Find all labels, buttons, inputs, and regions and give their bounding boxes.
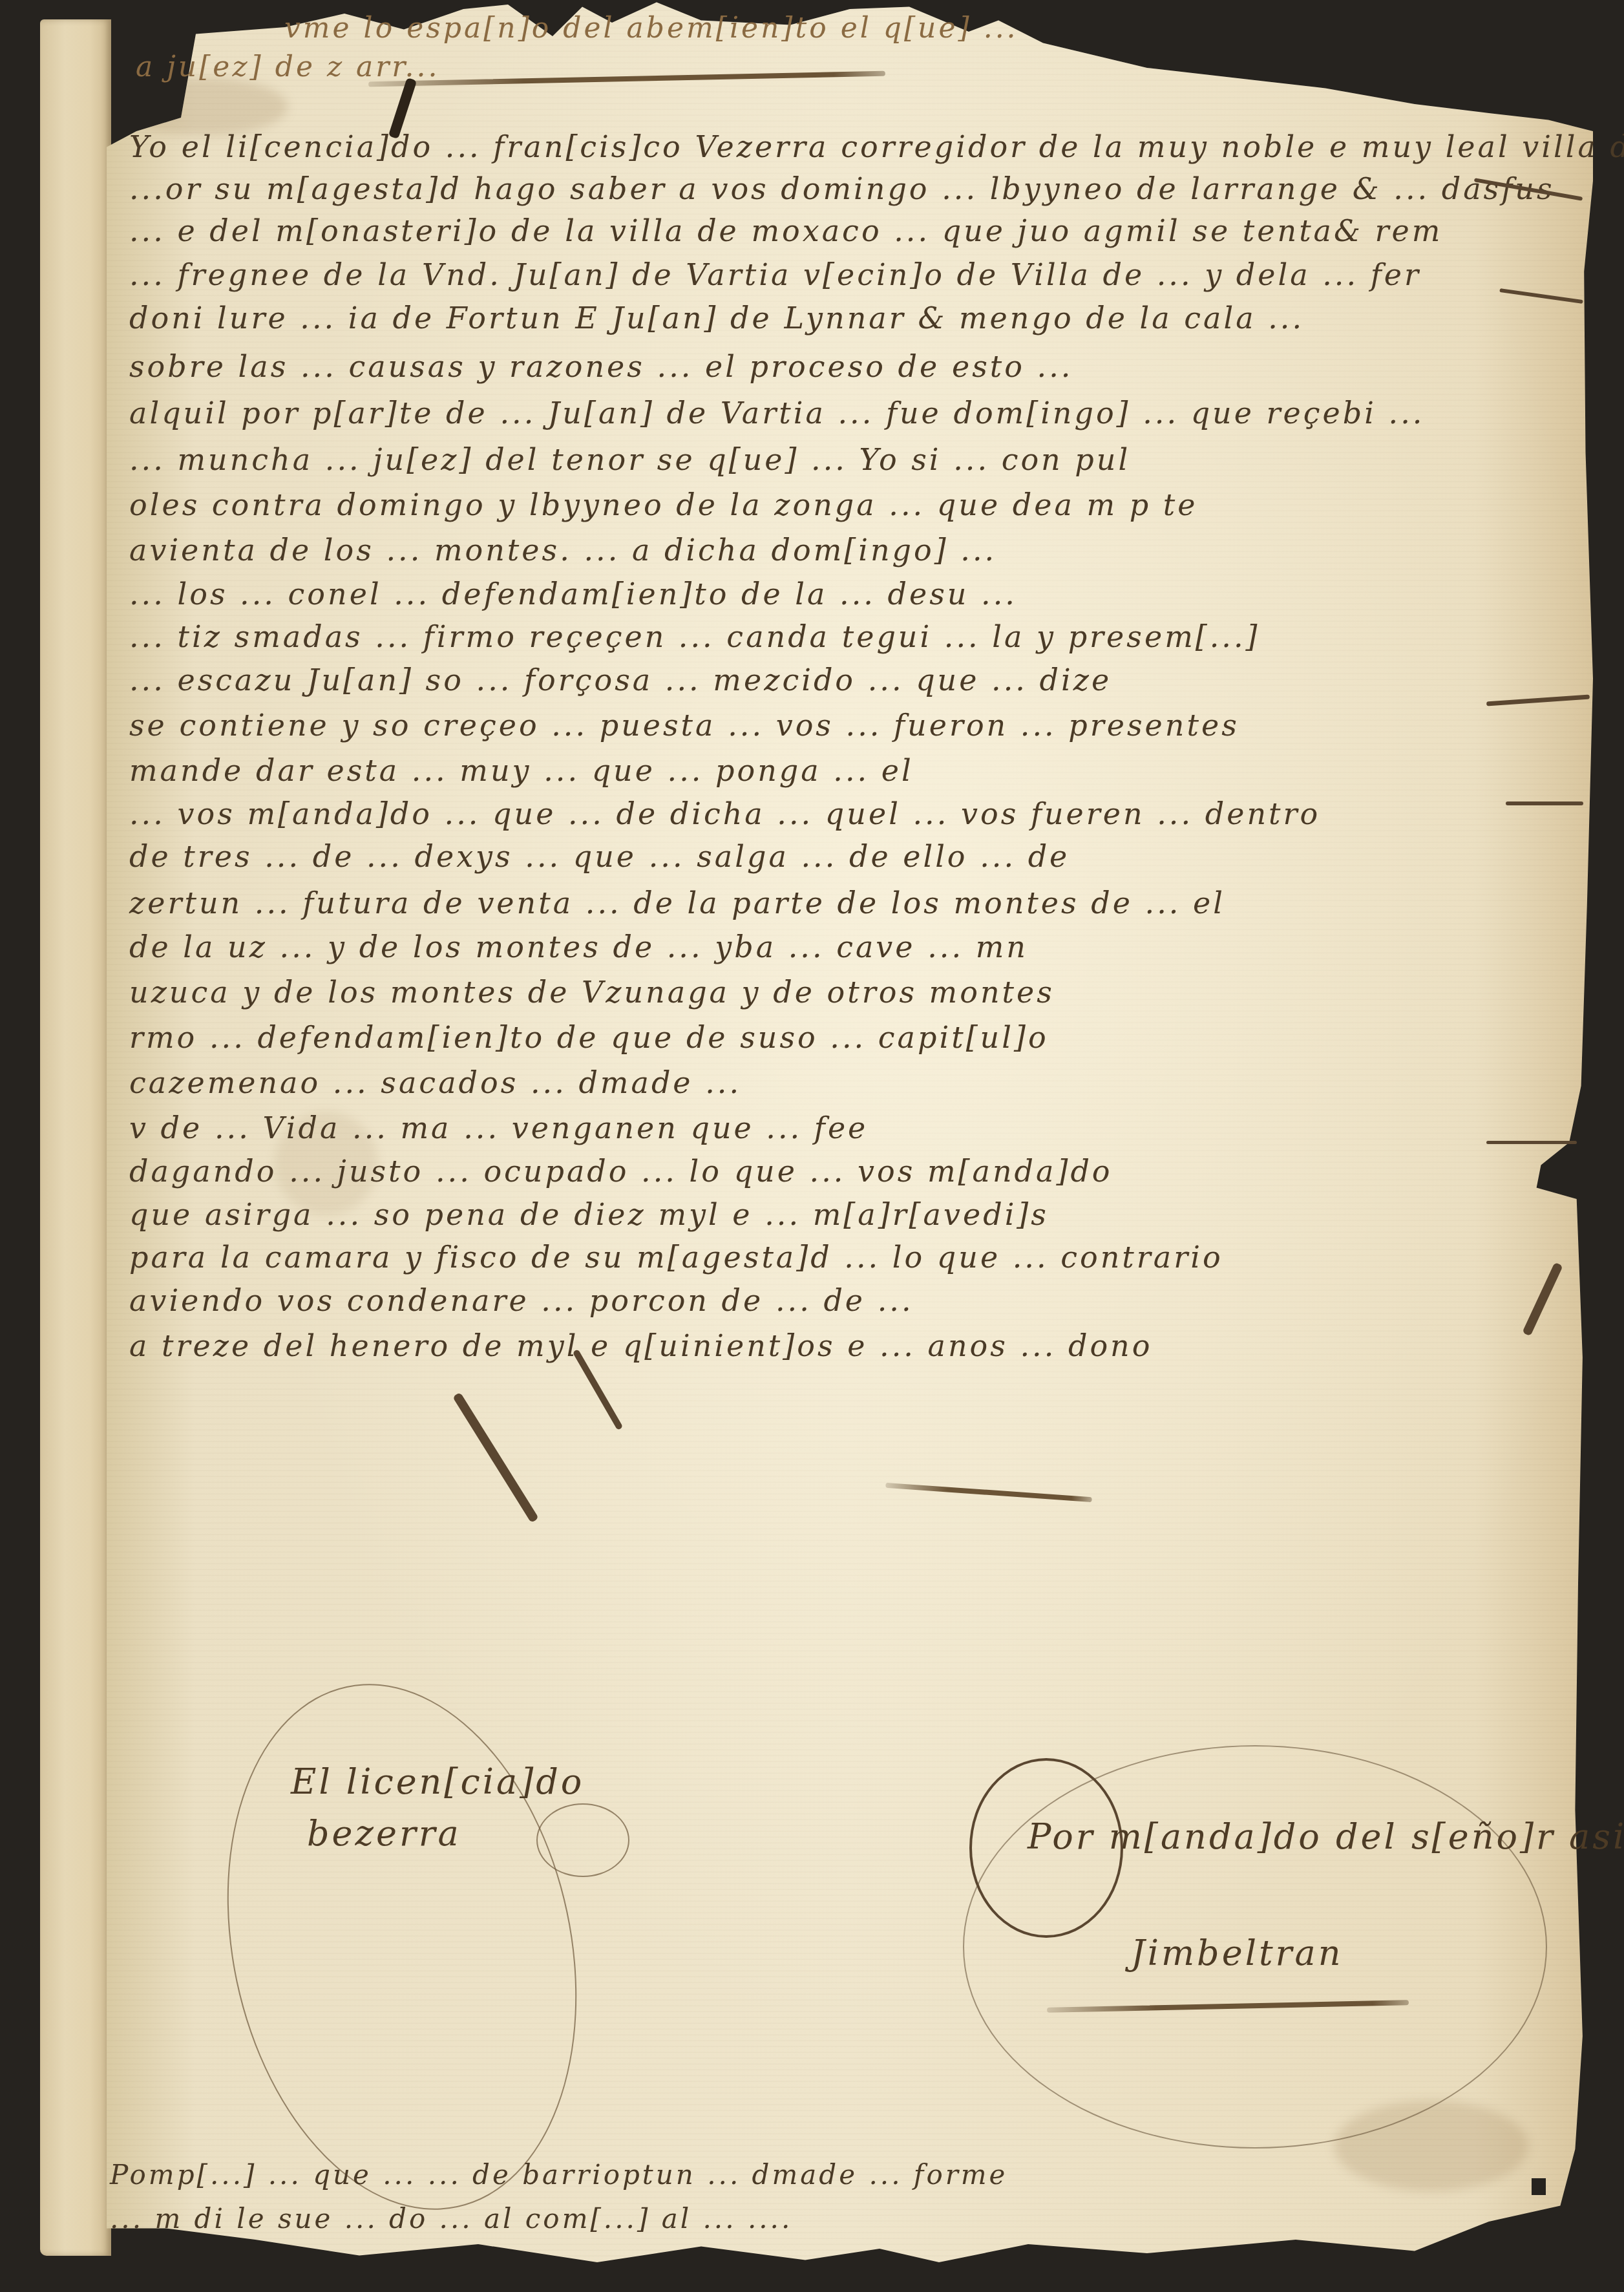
body-line: mande dar esta ... muy ... que ... ponga…	[129, 753, 914, 788]
body-line: cazemenao ... sacados ... dmade ...	[129, 1065, 741, 1100]
body-line: Yo el li[cencia]do ... fran[cis]co Vezer…	[129, 129, 1624, 164]
body-line: que asirga ... so pena de diez myl e ...…	[129, 1197, 1049, 1232]
body-line: v de ... Vida ... ma ... venganen que ..…	[129, 1110, 868, 1145]
header-line-2: a ju[ez] de z arr...	[136, 50, 440, 83]
body-line: de tres ... de ... dexys ... que ... sal…	[129, 839, 1070, 874]
body-line: a treze del henero de myl e q[uinient]os…	[129, 1328, 1152, 1363]
signature-rubric	[536, 1803, 629, 1877]
body-line: doni lure ... ia de Fortun E Ju[an] de L…	[129, 301, 1304, 335]
line-filler-stroke	[1486, 1141, 1577, 1144]
body-line: ... escazu Ju[an] so ... forçosa ... mez…	[129, 663, 1112, 697]
body-line: para la camara y fisco de su m[agesta]d …	[129, 1240, 1223, 1275]
signature-left-line-1: El licen[cia]do	[291, 1761, 584, 1802]
body-line: aviendo vos condenare ... porcon de ... …	[129, 1283, 914, 1318]
body-line: zertun ... futura de venta ... de la par…	[129, 886, 1225, 920]
signature-right-line-1: Por m[anda]do del s[eño]r asist[ent]e	[1028, 1816, 1624, 1857]
line-filler-stroke	[1506, 801, 1583, 805]
body-line: se contiene y so creçeo ... puesta ... v…	[129, 708, 1239, 743]
body-line: avienta de los ... montes. ... a dicha d…	[129, 533, 997, 568]
manuscript-scan: vme lo espa[n]o del abem[ien]to el q[ue]…	[0, 0, 1624, 2292]
paper-stain	[120, 78, 288, 136]
body-line: ... fregnee de la Vnd. Ju[an] de Vartia …	[129, 257, 1421, 292]
body-line: alquil por p[ar]te de ... Ju[an] de Vart…	[129, 396, 1424, 430]
signature-right-line-2: Jimbeltran	[1131, 1933, 1343, 1973]
body-line: ... tiz smadas ... firmo reçeçen ... can…	[129, 619, 1260, 654]
footer-line-2: ... m di le sue ... do ... al com[...] a…	[110, 2203, 792, 2234]
body-line: ... vos m[anda]do ... que ... de dicha .…	[129, 796, 1320, 831]
paper-hole	[1532, 2178, 1546, 2195]
body-line: uzuca y de los montes de Vzunaga y de ot…	[129, 975, 1055, 1010]
body-line: oles contra domingo y lbyyneo de la zong…	[129, 487, 1197, 522]
signature-left-line-2: bezerra	[307, 1813, 461, 1854]
body-line: dagando ... justo ... ocupado ... lo que…	[129, 1154, 1113, 1189]
left-margin-strip	[40, 19, 111, 2256]
body-line: ... e del m[onasteri]o de la villa de mo…	[129, 213, 1442, 248]
body-line: ... muncha ... ju[ez] del tenor se q[ue]…	[129, 442, 1130, 477]
body-line: sobre las ... causas y razones ... el pr…	[129, 349, 1073, 384]
body-line: rmo ... defendam[ien]to de que de suso .…	[129, 1020, 1049, 1055]
header-line-1: vme lo espa[n]o del abem[ien]to el q[ue]…	[284, 12, 1018, 45]
body-line: de la uz ... y de los montes de ... yba …	[129, 929, 1028, 964]
body-line: ... los ... conel ... defendam[ien]to de…	[129, 577, 1017, 611]
body-line: ...or su m[agesta]d hago saber a vos dom…	[129, 171, 1555, 206]
footer-line-1: Pomp[...] ... que ... ... de barrioptun …	[110, 2159, 1007, 2191]
